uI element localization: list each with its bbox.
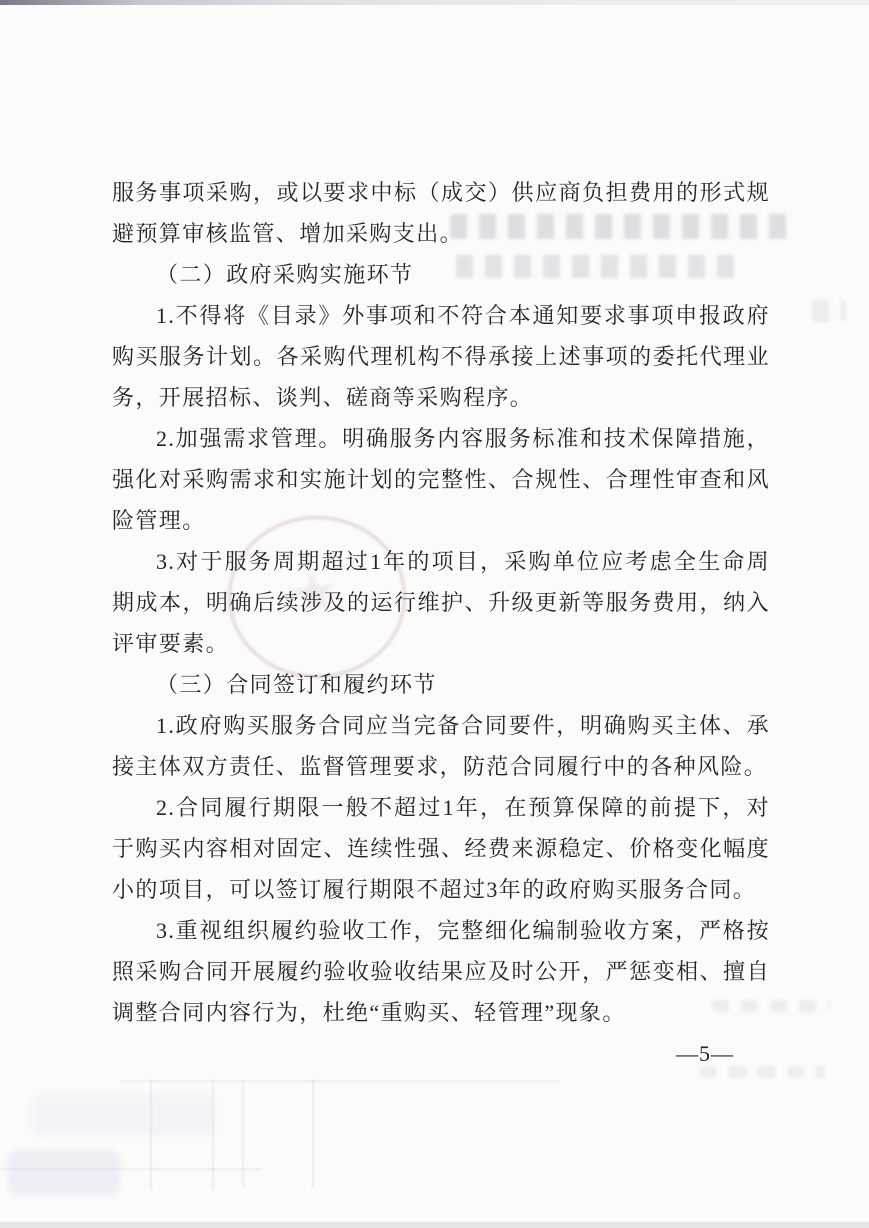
section-heading: （二）政府采购实施环节 [112, 254, 770, 295]
paragraph-continuation: 服务事项采购，或以要求中标（成交）供应商负担费用的形式规避预算审核监管、增加采购… [112, 172, 770, 254]
paragraph: 3.对于服务周期超过1年的项目，采购单位应考虑全生命周期成本，明确后续涉及的运行… [112, 541, 770, 664]
paragraph: 2.加强需求管理。明确服务内容服务标准和技术保障措施，强化对采购需求和实施计划的… [112, 418, 770, 541]
page-number: —5— [676, 1040, 734, 1068]
bleedthrough-text-ghost [812, 300, 846, 322]
paragraph: 2.合同履行期限一般不超过1年，在预算保障的前提下，对于购买内容相对固定、连续性… [112, 787, 770, 910]
bleedthrough-table-line [120, 1080, 560, 1082]
section-heading: （三）合同签订和履约环节 [112, 664, 770, 705]
bleedthrough-blot [8, 1150, 120, 1196]
document-page: ★ 服务事项采购，或以要求中标（成交）供应商负担费用的形式规避预算审核监管、增加… [0, 0, 869, 1228]
paragraph: 1.政府购买服务合同应当完备合同要件，明确购买主体、承接主体双方责任、监督管理要… [112, 705, 770, 787]
scan-edge-bottom [0, 1222, 869, 1228]
document-body: 服务事项采购，或以要求中标（成交）供应商负担费用的形式规避预算审核监管、增加采购… [112, 172, 770, 1033]
paragraph: 3.重视组织履约验收工作，完整细化编制验收方案，严格按照采购合同开展履约验收验收… [112, 910, 770, 1033]
bleedthrough-table-line [242, 1082, 244, 1187]
bleedthrough-table-line [312, 1080, 314, 1188]
paragraph: 1.不得将《目录》外事项和不符合本通知要求事项申报政府购买服务计划。各采购代理机… [112, 295, 770, 418]
scan-edge-top [0, 0, 869, 5]
bleedthrough-blot [30, 1094, 215, 1136]
